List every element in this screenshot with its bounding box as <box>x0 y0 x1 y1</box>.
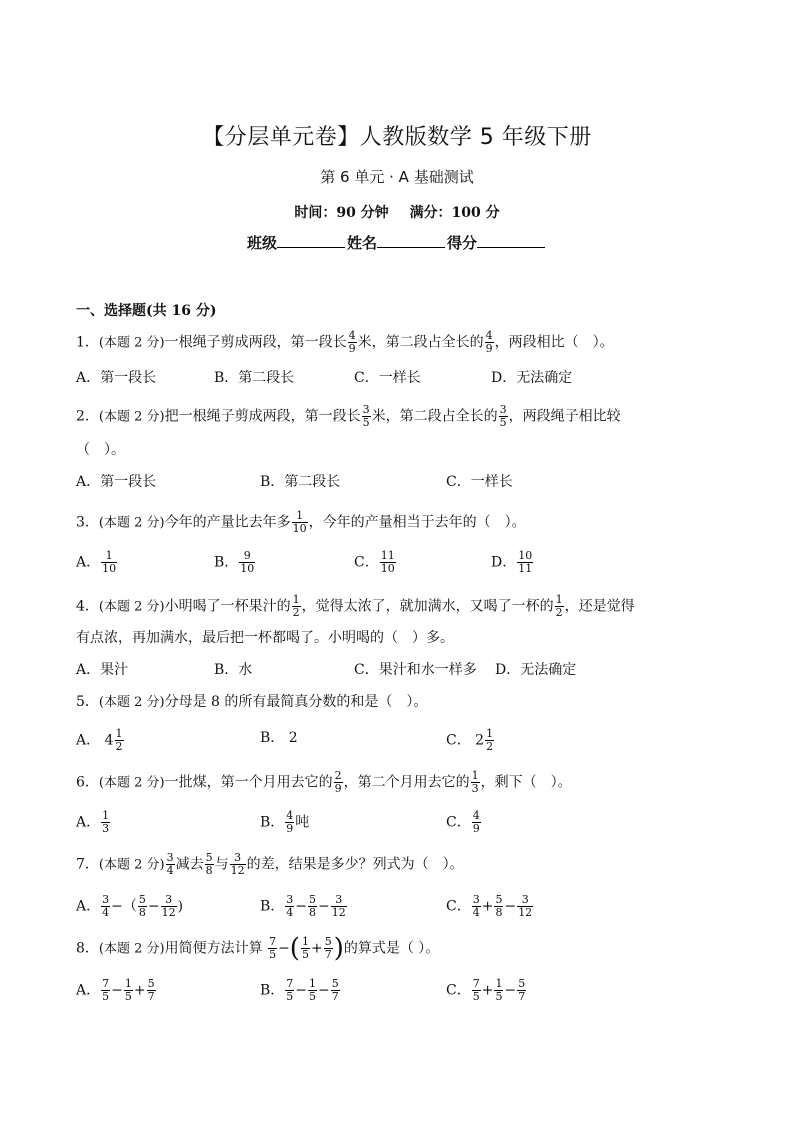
question-number: 4． <box>76 599 99 615</box>
option-6a[interactable]: A．13 <box>76 810 111 835</box>
question-2-cont: （ ）。 <box>76 440 125 460</box>
question-number: 3． <box>76 515 99 531</box>
question-points: (本题 2 分) <box>99 336 165 351</box>
question-text: 米，第二段占全长的 <box>372 409 498 425</box>
option-6c[interactable]: C．49 <box>446 810 482 835</box>
question-8: 8．(本题 2 分)用简便方法计算 75−(15+57)的算式是（ ）。 <box>76 936 439 961</box>
fraction: 12 <box>292 594 301 619</box>
exam-subtitle: 第 6 单元 · A 基础测试 <box>0 166 794 187</box>
option-8c[interactable]: C．75+15−57 <box>446 978 527 1003</box>
question-points: (本题 2 分) <box>99 776 165 791</box>
question-text: 把一根绳子剪成两段，第一段长 <box>165 409 361 425</box>
option-1d[interactable]: D．无法确定 <box>491 368 572 388</box>
option-8a[interactable]: A．75−15+57 <box>76 978 157 1003</box>
exam-title: 【分层单元卷】人教版数学 5 年级下册 <box>0 120 794 151</box>
question-number: 8． <box>76 941 99 957</box>
name-label: 姓名 <box>347 234 377 252</box>
fraction: 75 <box>268 936 277 961</box>
question-1: 1．(本题 2 分)一根绳子剪成两段，第一段长49米，第二段占全长的49，两段相… <box>76 330 614 355</box>
question-text: 今年的产量比去年多 <box>165 515 291 531</box>
question-7: 7．(本题 2 分)34减去58与312的差，结果是多少？列式为（ ）。 <box>76 852 464 877</box>
option-5a[interactable]: A． 412 <box>76 728 125 753</box>
fraction: 312 <box>230 852 246 877</box>
fraction: 12 <box>555 594 564 619</box>
question-points: (本题 2 分) <box>99 410 165 425</box>
paren: ) <box>334 934 344 964</box>
class-label: 班级 <box>247 234 277 252</box>
question-5: 5．(本题 2 分)分母是 8 的所有最简真分数的和是（ ）。 <box>76 692 427 713</box>
question-number: 1． <box>76 335 99 351</box>
question-points: (本题 2 分) <box>99 942 165 957</box>
fraction: 29 <box>334 770 343 795</box>
fraction: 110 <box>292 510 308 535</box>
option-2b[interactable]: B．第二段长 <box>260 472 340 492</box>
option-5b[interactable]: B． 2 <box>260 728 298 748</box>
question-text: ，第二个月用去它的 <box>344 775 470 791</box>
question-points: (本题 2 分) <box>99 695 165 710</box>
question-number: 2． <box>76 409 99 425</box>
question-points: (本题 2 分) <box>99 516 165 531</box>
exam-meta: 时间：90 分钟 满分：100 分 <box>0 202 794 222</box>
question-points: (本题 2 分) <box>99 858 165 873</box>
question-text: 的差，结果是多少？列式为（ ）。 <box>247 857 464 873</box>
score-blank[interactable] <box>477 233 545 248</box>
fraction: 49 <box>348 330 357 355</box>
question-4: 4．(本题 2 分)小明喝了一杯果汁的12，觉得太浓了，就加满水，又喝了一杯的1… <box>76 594 635 619</box>
question-text: 米，第二段占全长的 <box>358 335 484 351</box>
question-number: 5． <box>76 694 99 710</box>
option-4b[interactable]: B．水 <box>214 660 252 680</box>
fraction: 35 <box>499 404 508 429</box>
question-text: ，两段绳子相比较 <box>509 409 621 425</box>
time-limit: 时间：90 分钟 <box>294 205 388 221</box>
fraction: 35 <box>362 404 371 429</box>
question-number: 7． <box>76 857 99 873</box>
question-text: 分母是 8 的所有最简真分数的和是（ ）。 <box>165 694 428 710</box>
option-8b[interactable]: B．75−15−57 <box>260 978 341 1003</box>
option-7a[interactable]: A．34−（58−312) <box>76 894 183 919</box>
option-3a[interactable]: A．110 <box>76 550 118 575</box>
section-title: 一、选择题(共 16 分) <box>76 300 216 320</box>
question-4-cont: 有点浓，再加满水，最后把一杯都喝了。小明喝的（ ）多。 <box>76 628 454 648</box>
option-3c[interactable]: C．1110 <box>354 550 397 575</box>
fraction: 49 <box>485 330 494 355</box>
option-1a[interactable]: A．第一段长 <box>76 368 156 388</box>
student-info-line: 班级姓名得分 <box>0 232 794 253</box>
paren: ( <box>290 934 300 964</box>
question-number: 6． <box>76 775 99 791</box>
option-3b[interactable]: B．910 <box>214 550 256 575</box>
option-5c[interactable]: C． 212 <box>446 728 495 753</box>
option-1c[interactable]: C．一样长 <box>354 368 421 388</box>
question-text: 一批煤，第一个月用去它的 <box>165 775 333 791</box>
option-1b[interactable]: B．第二段长 <box>214 368 294 388</box>
question-text: 用简便方法计算 <box>165 941 263 957</box>
option-7c[interactable]: C．34+58−312 <box>446 894 534 919</box>
question-text: 减去 <box>176 857 204 873</box>
option-2c[interactable]: C．一样长 <box>446 472 513 492</box>
option-6b[interactable]: B．49吨 <box>260 810 309 835</box>
score-label: 得分 <box>447 234 477 252</box>
exam-page: 【分层单元卷】人教版数学 5 年级下册 第 6 单元 · A 基础测试 时间：9… <box>0 0 794 1123</box>
option-4d[interactable]: D．无法确定 <box>495 660 576 680</box>
class-blank[interactable] <box>277 233 345 248</box>
question-text: 与 <box>215 857 229 873</box>
full-score: 满分：100 分 <box>410 205 500 221</box>
question-text: ，今年的产量相当于去年的（ ）。 <box>309 515 526 531</box>
question-6: 6．(本题 2 分)一批煤，第一个月用去它的29，第二个月用去它的13，剩下（ … <box>76 770 572 795</box>
option-2a[interactable]: A．第一段长 <box>76 472 156 492</box>
question-text: 一根绳子剪成两段，第一段长 <box>165 335 347 351</box>
question-text: 的算式是（ ）。 <box>344 941 439 957</box>
name-blank[interactable] <box>377 233 445 248</box>
question-points: (本题 2 分) <box>99 600 165 615</box>
question-text: ，还是觉得 <box>565 599 635 615</box>
question-2: 2．(本题 2 分)把一根绳子剪成两段，第一段长35米，第二段占全长的35，两段… <box>76 404 621 429</box>
fraction: 34 <box>166 852 175 877</box>
option-7b[interactable]: B．34−58−312 <box>260 894 348 919</box>
question-text: ，两段相比（ ）。 <box>495 335 614 351</box>
question-3: 3．(本题 2 分)今年的产量比去年多110，今年的产量相当于去年的（ ）。 <box>76 510 526 535</box>
option-4a[interactable]: A．果汁 <box>76 660 128 680</box>
question-text: ，觉得太浓了，就加满水，又喝了一杯的 <box>302 599 554 615</box>
option-4c[interactable]: C．果汁和水一样多 <box>354 660 477 680</box>
question-text: 小明喝了一杯果汁的 <box>165 599 291 615</box>
question-text: ，剩下（ ）。 <box>481 775 572 791</box>
fraction: 58 <box>205 852 214 877</box>
option-3d[interactable]: D．1011 <box>491 550 534 575</box>
fraction: 13 <box>471 770 480 795</box>
